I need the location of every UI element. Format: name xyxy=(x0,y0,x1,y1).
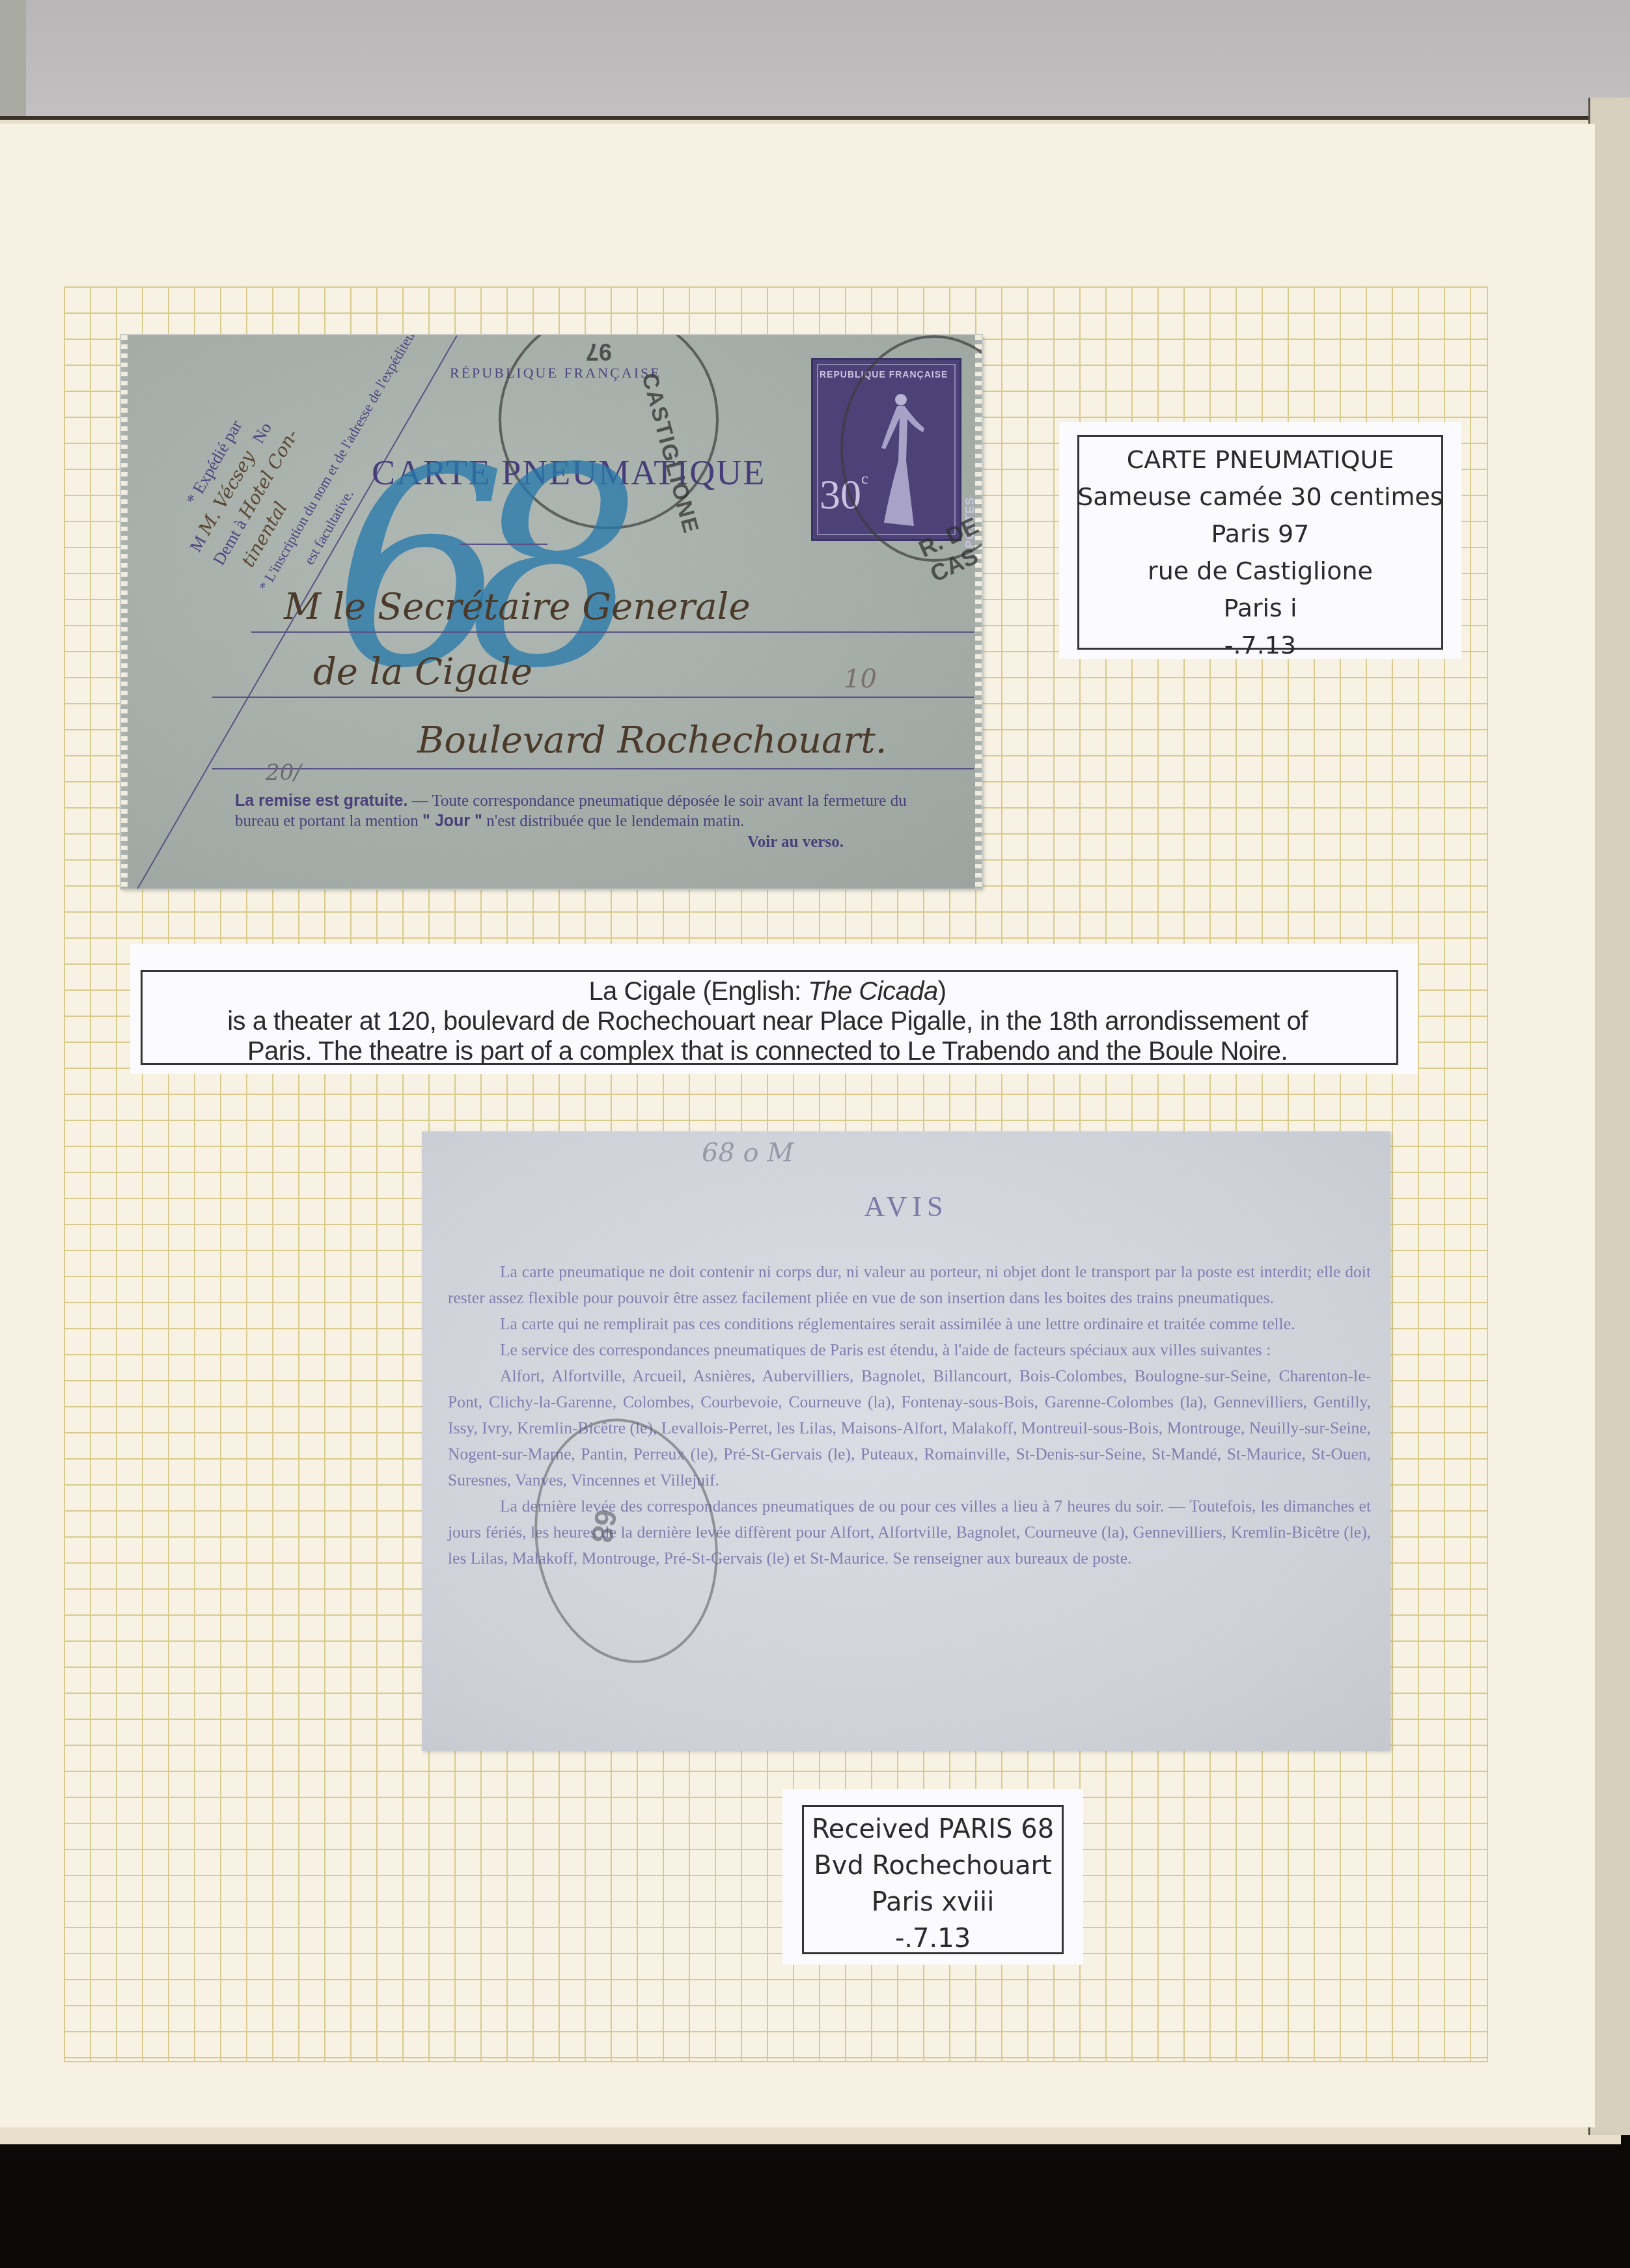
title-italic: The Cicada xyxy=(808,977,938,1006)
address-line-2 xyxy=(212,697,974,698)
footer-bold: La remise est gratuite. xyxy=(235,792,408,810)
pneumatic-card-back: 68 o M AVIS La carte pneumatique ne doit… xyxy=(422,1131,1390,1751)
label-line: Received PARIS 68 xyxy=(782,1811,1083,1847)
card-footer-text: La remise est gratuite. — Toute correspo… xyxy=(235,791,951,831)
postmark-office-number: 97 xyxy=(586,338,612,365)
title-post: ) xyxy=(938,977,946,1006)
label-line: Sameuse camée 30 centimes xyxy=(1059,478,1461,516)
title-pre: La Cigale (English: xyxy=(588,977,808,1006)
footer-jour: " Jour " xyxy=(422,812,482,830)
cigale-line-2: is a theater at 120, boulevard de Rochec… xyxy=(130,1006,1405,1036)
footer-text-2: n'est distribuée que le lendemain matin. xyxy=(482,812,744,830)
dash-line xyxy=(460,544,547,545)
avis-paragraph: La carte qui ne remplirait pas ces condi… xyxy=(448,1311,1371,1337)
label-text: La Cigale (English: The Cicada) is a the… xyxy=(130,976,1405,1066)
cigale-title: La Cigale (English: The Cicada) xyxy=(130,976,1405,1006)
m-label: M xyxy=(186,532,210,555)
scanner-strip xyxy=(0,0,26,130)
scanner-background xyxy=(0,0,1630,130)
label-line: Paris i xyxy=(1059,590,1461,627)
label-text: CARTE PNEUMATIQUE Sameuse camée 30 centi… xyxy=(1059,441,1461,664)
label-line: Paris xviii xyxy=(782,1884,1083,1920)
label-line: rue de Castiglione xyxy=(1059,553,1461,590)
cigale-line-3: Paris. The theatre is part of a complex … xyxy=(130,1036,1405,1066)
label-text: Received PARIS 68 Bvd Rochechouart Paris… xyxy=(782,1811,1083,1957)
avis-paragraph: La carte pneumatique ne doit contenir ni… xyxy=(448,1259,1371,1311)
perforation-left xyxy=(121,335,128,889)
label-line: Bvd Rochechouart xyxy=(782,1847,1083,1884)
cigale-description-label: La Cigale (English: The Cicada) is a the… xyxy=(130,944,1418,1074)
pneumatic-card-front: * Expédié par M M. Vécsey No Demt à Hote… xyxy=(121,335,982,889)
avis-paragraph: Le service des correspondances pneumatiq… xyxy=(448,1337,1371,1363)
recipient-line-1: M le Secrétaire Generale xyxy=(284,586,751,628)
avis-title: AVIS xyxy=(422,1190,1390,1223)
stamp-postmark-text: R. DE CAS xyxy=(915,494,982,588)
label-line: CARTE PNEUMATIQUE xyxy=(1059,441,1461,478)
pencil-note: 20/ xyxy=(266,760,301,786)
voir-au-verso: Voir au verso. xyxy=(747,833,844,851)
pencil-note-back: 68 o M xyxy=(702,1138,794,1168)
label-line: Paris 97 xyxy=(1059,516,1461,553)
back-description-label: Received PARIS 68 Bvd Rochechouart Paris… xyxy=(782,1789,1083,1965)
address-line-1 xyxy=(251,631,974,633)
label-line: -.7.13 xyxy=(1059,627,1461,664)
front-description-label: CARTE PNEUMATIQUE Sameuse camée 30 centi… xyxy=(1059,422,1461,659)
address-line-3 xyxy=(212,768,974,769)
recipient-line-2: de la Cigale xyxy=(313,651,532,693)
struck-number: 10 xyxy=(844,664,877,694)
label-line: -.7.13 xyxy=(782,1920,1083,1957)
recipient-line-3: Boulevard Rochechouart. xyxy=(417,719,887,762)
arrival-postmark-number: 68 xyxy=(584,1507,624,1546)
